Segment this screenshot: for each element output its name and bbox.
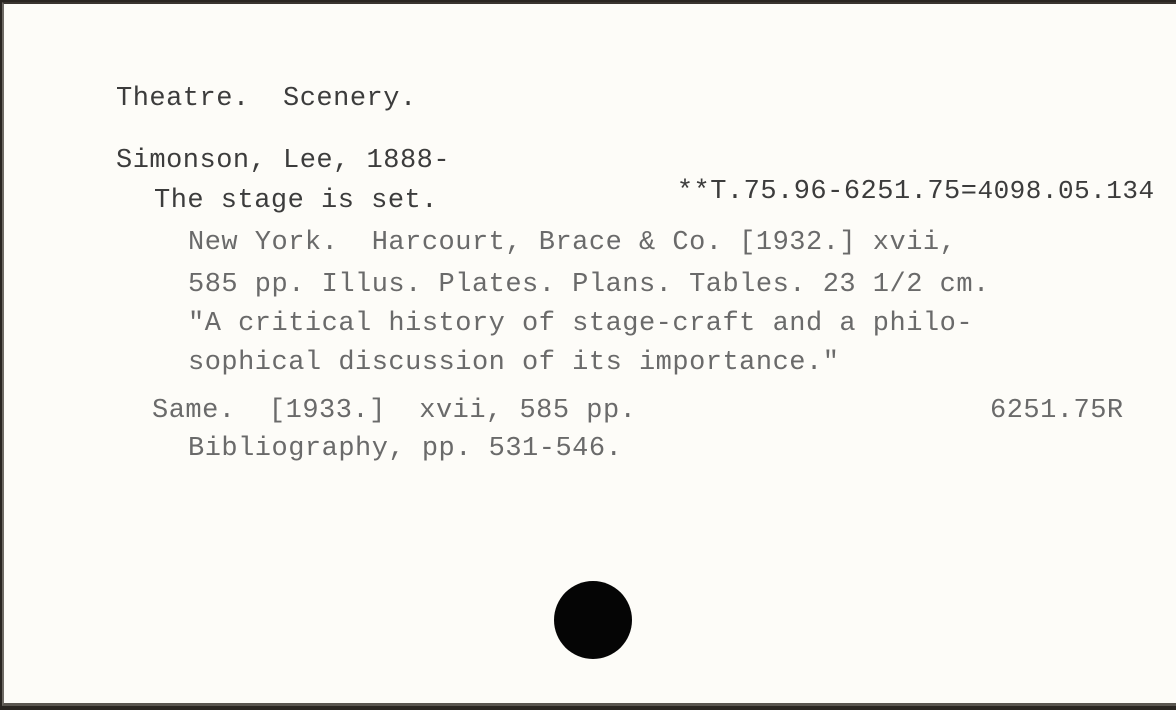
bibliography-note: Bibliography, pp. 531-546. (188, 434, 622, 464)
title: The stage is set. (154, 186, 438, 216)
call-number-suffix: 4098.05.134 (977, 176, 1154, 206)
other-edition: Same. [1933.] xvii, 585 pp. (152, 396, 636, 426)
catalog-card: Theatre. Scenery. Simonson, Lee, 1888- *… (2, 2, 1176, 706)
note-line: sophical discussion of its importance." (188, 348, 839, 378)
imprint-line: New York. Harcourt, Brace & Co. [1932.] … (188, 228, 956, 258)
note-line: "A critical history of stage-craft and a… (188, 309, 973, 339)
other-edition-call-number: 6251.75R (990, 396, 1124, 426)
author-heading: Simonson, Lee, 1888- (116, 146, 450, 176)
subject-heading: Theatre. Scenery. (116, 84, 417, 114)
punch-hole-icon (554, 581, 632, 659)
call-number: **T.75.96-6251.75=4098.05.134 (610, 146, 1155, 237)
call-number-prefix: **T.75.96-6251.75= (677, 177, 978, 207)
collation-line: 585 pp. Illus. Plates. Plans. Tables. 23… (188, 270, 990, 300)
